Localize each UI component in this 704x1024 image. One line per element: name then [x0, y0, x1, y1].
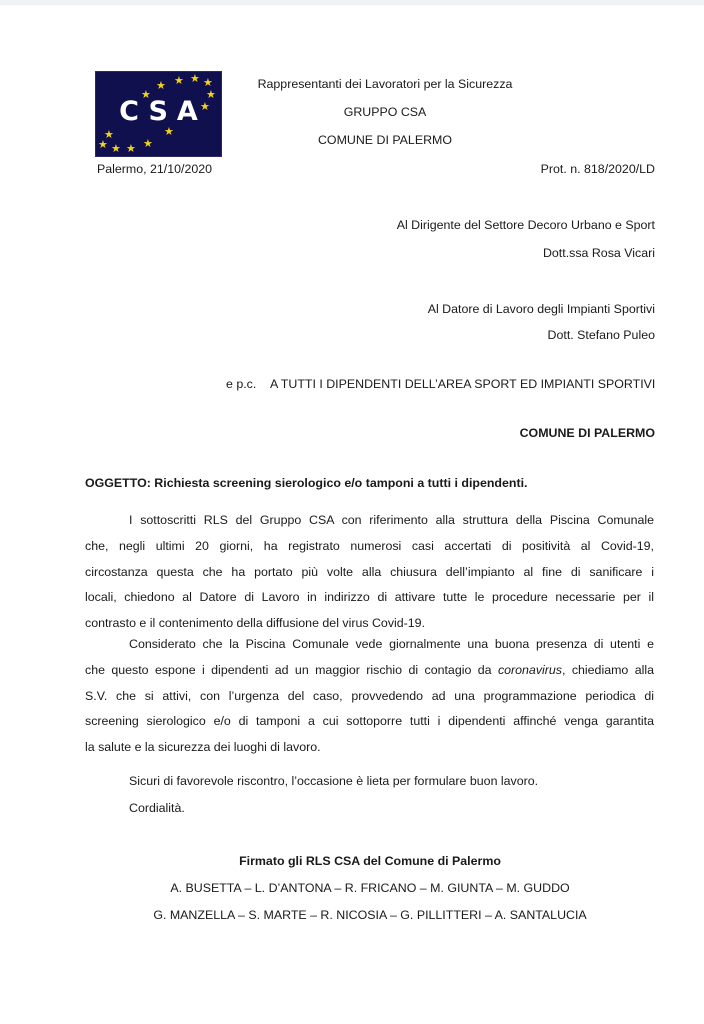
- p2-line: S.V. che si attivi, con l’urgenza del ca…: [85, 684, 654, 710]
- p2-line: la salute e la sicurezza dei luoghi di l…: [85, 735, 654, 761]
- star-icon: ★: [156, 81, 166, 92]
- star-icon: ★: [98, 140, 108, 151]
- p1-line: circostanza questa che ha portato più vo…: [85, 560, 654, 586]
- p2-line: screening sierologico e/o di tamponi a c…: [85, 709, 654, 735]
- recipient-1-name: Dott.ssa Rosa Vicari: [300, 245, 655, 261]
- signatories-line-1: A. BUSETTA – L. D’ANTONA – R. FRICANO – …: [80, 880, 660, 896]
- cc-organization: COMUNE DI PALERMO: [400, 425, 655, 441]
- p2-line: Considerato che la Piscina Comunale vede…: [129, 637, 654, 651]
- p2-italic-term: coronavirus: [498, 663, 562, 677]
- signature-heading: Firmato gli RLS CSA del Comune di Palerm…: [80, 853, 660, 869]
- subject-line: OGGETTO: Richiesta screening sierologico…: [85, 475, 527, 491]
- p1-line: I sottoscritti RLS del Gruppo CSA con ri…: [129, 513, 654, 527]
- org-municipality: COMUNE DI PALERMO: [230, 132, 540, 148]
- p2-text: che questo espone i dipendenti ad un mag…: [85, 663, 498, 677]
- p2-line: che questo espone i dipendenti ad un mag…: [85, 658, 654, 684]
- body-paragraph-2: Considerato che la Piscina Comunale vede…: [85, 632, 654, 761]
- star-icon: ★: [126, 144, 136, 155]
- protocol-number: Prot. n. 818/2020/LD: [400, 161, 655, 177]
- signatories-line-2: G. MANZELLA – S. MARTE – R. NICOSIA – G.…: [80, 907, 660, 923]
- star-icon: ★: [203, 78, 213, 89]
- place-date: Palermo, 21/10/2020: [97, 161, 212, 177]
- recipient-2-name: Dott. Stefano Puleo: [300, 327, 655, 343]
- recipient-1-title: Al Dirigente del Settore Decoro Urbano e…: [300, 217, 655, 233]
- p1-line: locali, chiedono al Datore di Lavoro in …: [85, 585, 654, 611]
- body-paragraph-1: I sottoscritti RLS del Gruppo CSA con ri…: [85, 508, 654, 637]
- recipient-2-title: Al Datore di Lavoro degli Impianti Sport…: [300, 301, 655, 317]
- closing-remark: Sicuri di favorevole riscontro, l’occasi…: [129, 773, 538, 789]
- star-icon: ★: [164, 127, 174, 138]
- star-icon: ★: [143, 139, 153, 150]
- cc-recipients: A TUTTI I DIPENDENTI DELL’AREA SPORT ED …: [270, 376, 655, 392]
- cc-label: e p.c.: [226, 376, 256, 392]
- csa-logo: ★ ★ ★ ★ ★ ★ ★ ★ ★ ★ ★ ★ ★ CSA: [95, 71, 222, 157]
- p1-line: che, negli ultimi 20 giorni, ha registra…: [85, 534, 654, 560]
- org-group: GRUPPO CSA: [230, 104, 540, 120]
- p2-text: , chiediamo alla: [562, 663, 654, 677]
- closing-greeting: Cordialità.: [129, 800, 185, 816]
- star-icon: ★: [174, 76, 184, 87]
- star-icon: ★: [190, 74, 200, 85]
- logo-text: CSA: [96, 96, 221, 127]
- org-name: Rappresentanti dei Lavoratori per la Sic…: [230, 76, 540, 92]
- star-icon: ★: [111, 144, 121, 155]
- document-page: ★ ★ ★ ★ ★ ★ ★ ★ ★ ★ ★ ★ ★ CSA Rappresent…: [0, 5, 704, 1024]
